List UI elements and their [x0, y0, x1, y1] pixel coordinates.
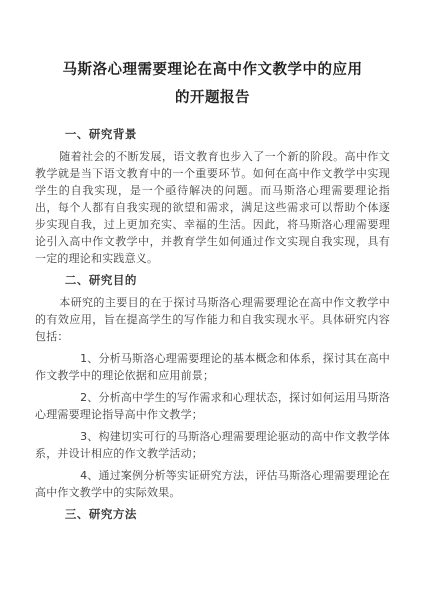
section-heading-research-purpose: 二、研究目的 — [35, 272, 390, 289]
numbered-item-1: 1、分析马斯洛心理需要理论的基本概念和体系，探讨其在高中作文教学中的理论依据和应… — [35, 350, 390, 384]
numbered-item-4: 4、通过案例分析等实证研究方法，评估马斯洛心理需要理论在高中作文教学中的实际效果… — [35, 467, 390, 501]
section-research-background: 一、研究背景 随着社会的不断发展，语文教育也步入了一个新的阶段。高中作文教学就是… — [35, 126, 390, 267]
paragraph-purpose-intro: 本研究的主要目的在于探讨马斯洛心理需要理论在高中作文教学中的有效应用，旨在提高学… — [35, 294, 390, 345]
section-heading-research-background: 一、研究背景 — [35, 126, 390, 143]
numbered-item-2: 2、分析高中学生的写作需求和心理状态，探讨如何运用马斯洛心理需要理论指导高中作文… — [35, 389, 390, 423]
document-page: 马斯洛心理需要理论在高中作文教学中的应用的开题报告 一、研究背景 随着社会的不断… — [0, 0, 424, 600]
section-research-purpose: 二、研究目的 本研究的主要目的在于探讨马斯洛心理需要理论在高中作文教学中的有效应… — [35, 272, 390, 501]
document-title: 马斯洛心理需要理论在高中作文教学中的应用的开题报告 — [35, 56, 390, 112]
section-research-method: 三、研究方法 — [35, 506, 390, 523]
numbered-item-3: 3、构建切实可行的马斯洛心理需要理论驱动的高中作文教学体系，并设计相应的作文教学… — [35, 428, 390, 462]
section-heading-research-method: 三、研究方法 — [35, 506, 390, 523]
paragraph-background: 随着社会的不断发展，语文教育也步入了一个新的阶段。高中作文教学就是当下语文教育中… — [35, 148, 390, 267]
